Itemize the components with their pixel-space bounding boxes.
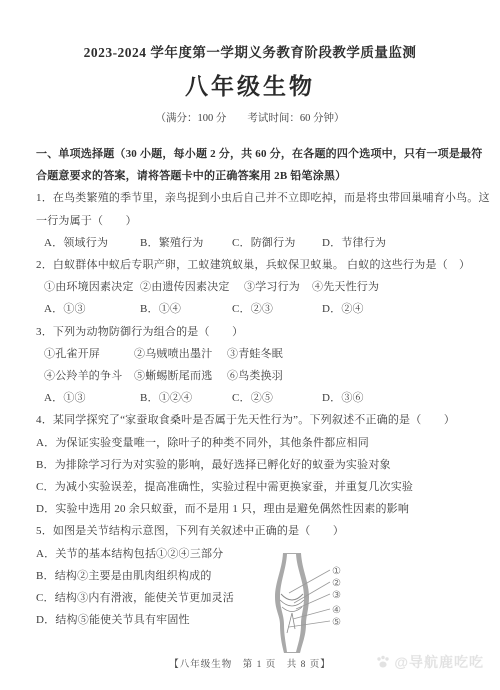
q3-item-4: ④公羚羊的争斗 [44,365,134,387]
q2-option-a: A．①③ [44,298,140,320]
q3-items-row1: ①孔雀开屏 ②乌贼喷出墨汁 ③青蛙冬眠 [36,343,464,365]
q2-options: A．①③ B．①④ C．②③ D．②④ [36,298,464,320]
watermark-text: @导航鹿吃吃 [394,652,484,672]
q5-option-c: C．结构③内有滑液，能使关节更加灵活 [36,587,464,609]
q1-option-a: A．领域行为 [44,232,140,254]
section-heading-line2: 合题意要求的答案，请将答题卡中的正确答案用 2B 铅笔涂黑） [36,165,464,187]
q3-item-5: ⑤蜥蜴断尾而逃 [134,365,227,387]
q5-option-b: B．结构②主要是由肌肉组织构成的 [36,565,464,587]
q2-option-b: B．①④ [140,298,232,320]
q3-stem: 3．下列为动物防御行为组合的是（ ） [36,321,464,343]
q5-option-a: A．关节的基本结构包括①②④三部分 [36,543,464,565]
q3-option-b: B．①②④ [140,387,232,409]
q2-item-1: ①由环境因素决定 [44,276,140,298]
q5-stem: 5．如图是关节结构示意图，下列有关叙述中正确的是（ ） [36,520,464,542]
q3-option-d: D．③⑥ [322,387,364,409]
subject-title: 八年级生物 [0,75,500,99]
q5-option-d: D．结构⑤能使关节具有牢固性 [36,609,464,631]
section-heading-line1: 一、单项选择题（30 小题，每小题 2 分，共 60 分，在各题的四个选项中，只… [36,143,464,165]
q2-item-3: ③学习行为 [244,276,312,298]
exam-title: 2023-2024 学年度第一学期义务教育阶段教学质量监测 [0,46,500,60]
q4-option-c: C．为减小实验误差，提高准确性，实验过程中需更换家蚕，并重复几次实验 [36,476,464,498]
q3-item-6: ⑥鸟类换羽 [227,365,283,387]
q2-option-d: D．②④ [322,298,364,320]
figure-label-2: ② [332,578,341,589]
figure-label-4: ④ [332,605,341,616]
q1-options: A．领域行为 B．繁殖行为 C．防御行为 D．节律行为 [36,232,464,254]
q3-options: A．①③ B．①②④ C．②⑤ D．③⑥ [36,387,464,409]
q3-items-row2: ④公羚羊的争斗 ⑤蜥蜴断尾而逃 ⑥鸟类换羽 [36,365,464,387]
q4-stem: 4．某同学探究了“家蚕取食桑叶是否属于先天性行为”。下列叙述不正确的是（ ） [36,409,464,431]
exam-paper-page: 2023-2024 学年度第一学期义务教育阶段教学质量监测 八年级生物 （满分：… [0,0,500,690]
paper-header: 2023-2024 学年度第一学期义务教育阶段教学质量监测 八年级生物 （满分：… [0,0,500,125]
q1-option-b: B．繁殖行为 [140,232,232,254]
figure-label-1: ① [332,566,341,577]
q4-option-b: B．为排除学习行为对实验的影响，最好选择已孵化好的蚁蚕为实验对象 [36,454,464,476]
q3-item-1: ①孔雀开屏 [44,343,134,365]
paw-icon [375,654,391,670]
figure-label-3: ③ [332,590,341,601]
q2-option-c: C．②③ [232,298,322,320]
q2-item-2: ②由遗传因素决定 [140,276,244,298]
q1-option-c: C．防御行为 [232,232,322,254]
q4-option-a: A．为保证实验变量唯一，除叶子的种类不同外，其他条件都应相同 [36,432,464,454]
q2-item-4: ④先天性行为 [312,276,379,298]
exam-meta: （满分：100 分 考试时间：60 分钟） [0,113,500,125]
watermark: @导航鹿吃吃 [375,652,484,672]
knee-joint-figure: ① ② ③ ④ ⑤ [273,553,351,653]
q1-option-d: D．节律行为 [322,232,386,254]
q1-stem-line2: 一行为属于（ ） [36,210,464,232]
q3-item-3: ③青蛙冬眠 [227,343,283,365]
q1-stem-line1: 1．在鸟类繁殖的季节里，亲鸟捉到小虫后自己并不立即吃掉，而是将虫带回巢哺育小鸟。… [36,187,464,209]
q2-items: ①由环境因素决定 ②由遗传因素决定 ③学习行为 ④先天性行为 [36,276,464,298]
q3-item-2: ②乌贼喷出墨汁 [134,343,227,365]
q2-stem: 2．白蚁群体中蚁后专职产卵，工蚁建筑蚁巢，兵蚁保卫蚁巢。 白蚁的这些行为是（ ） [36,254,464,276]
q3-option-a: A．①③ [44,387,140,409]
q4-option-d: D．实验中选用 20 余只蚁蚕，而不是用 1 只，理由是避免偶然性因素的影响 [36,498,464,520]
paper-body: 一、单项选择题（30 小题，每小题 2 分，共 60 分，在各题的四个选项中，只… [0,143,500,631]
figure-label-5: ⑤ [332,617,341,628]
q3-option-c: C．②⑤ [232,387,322,409]
